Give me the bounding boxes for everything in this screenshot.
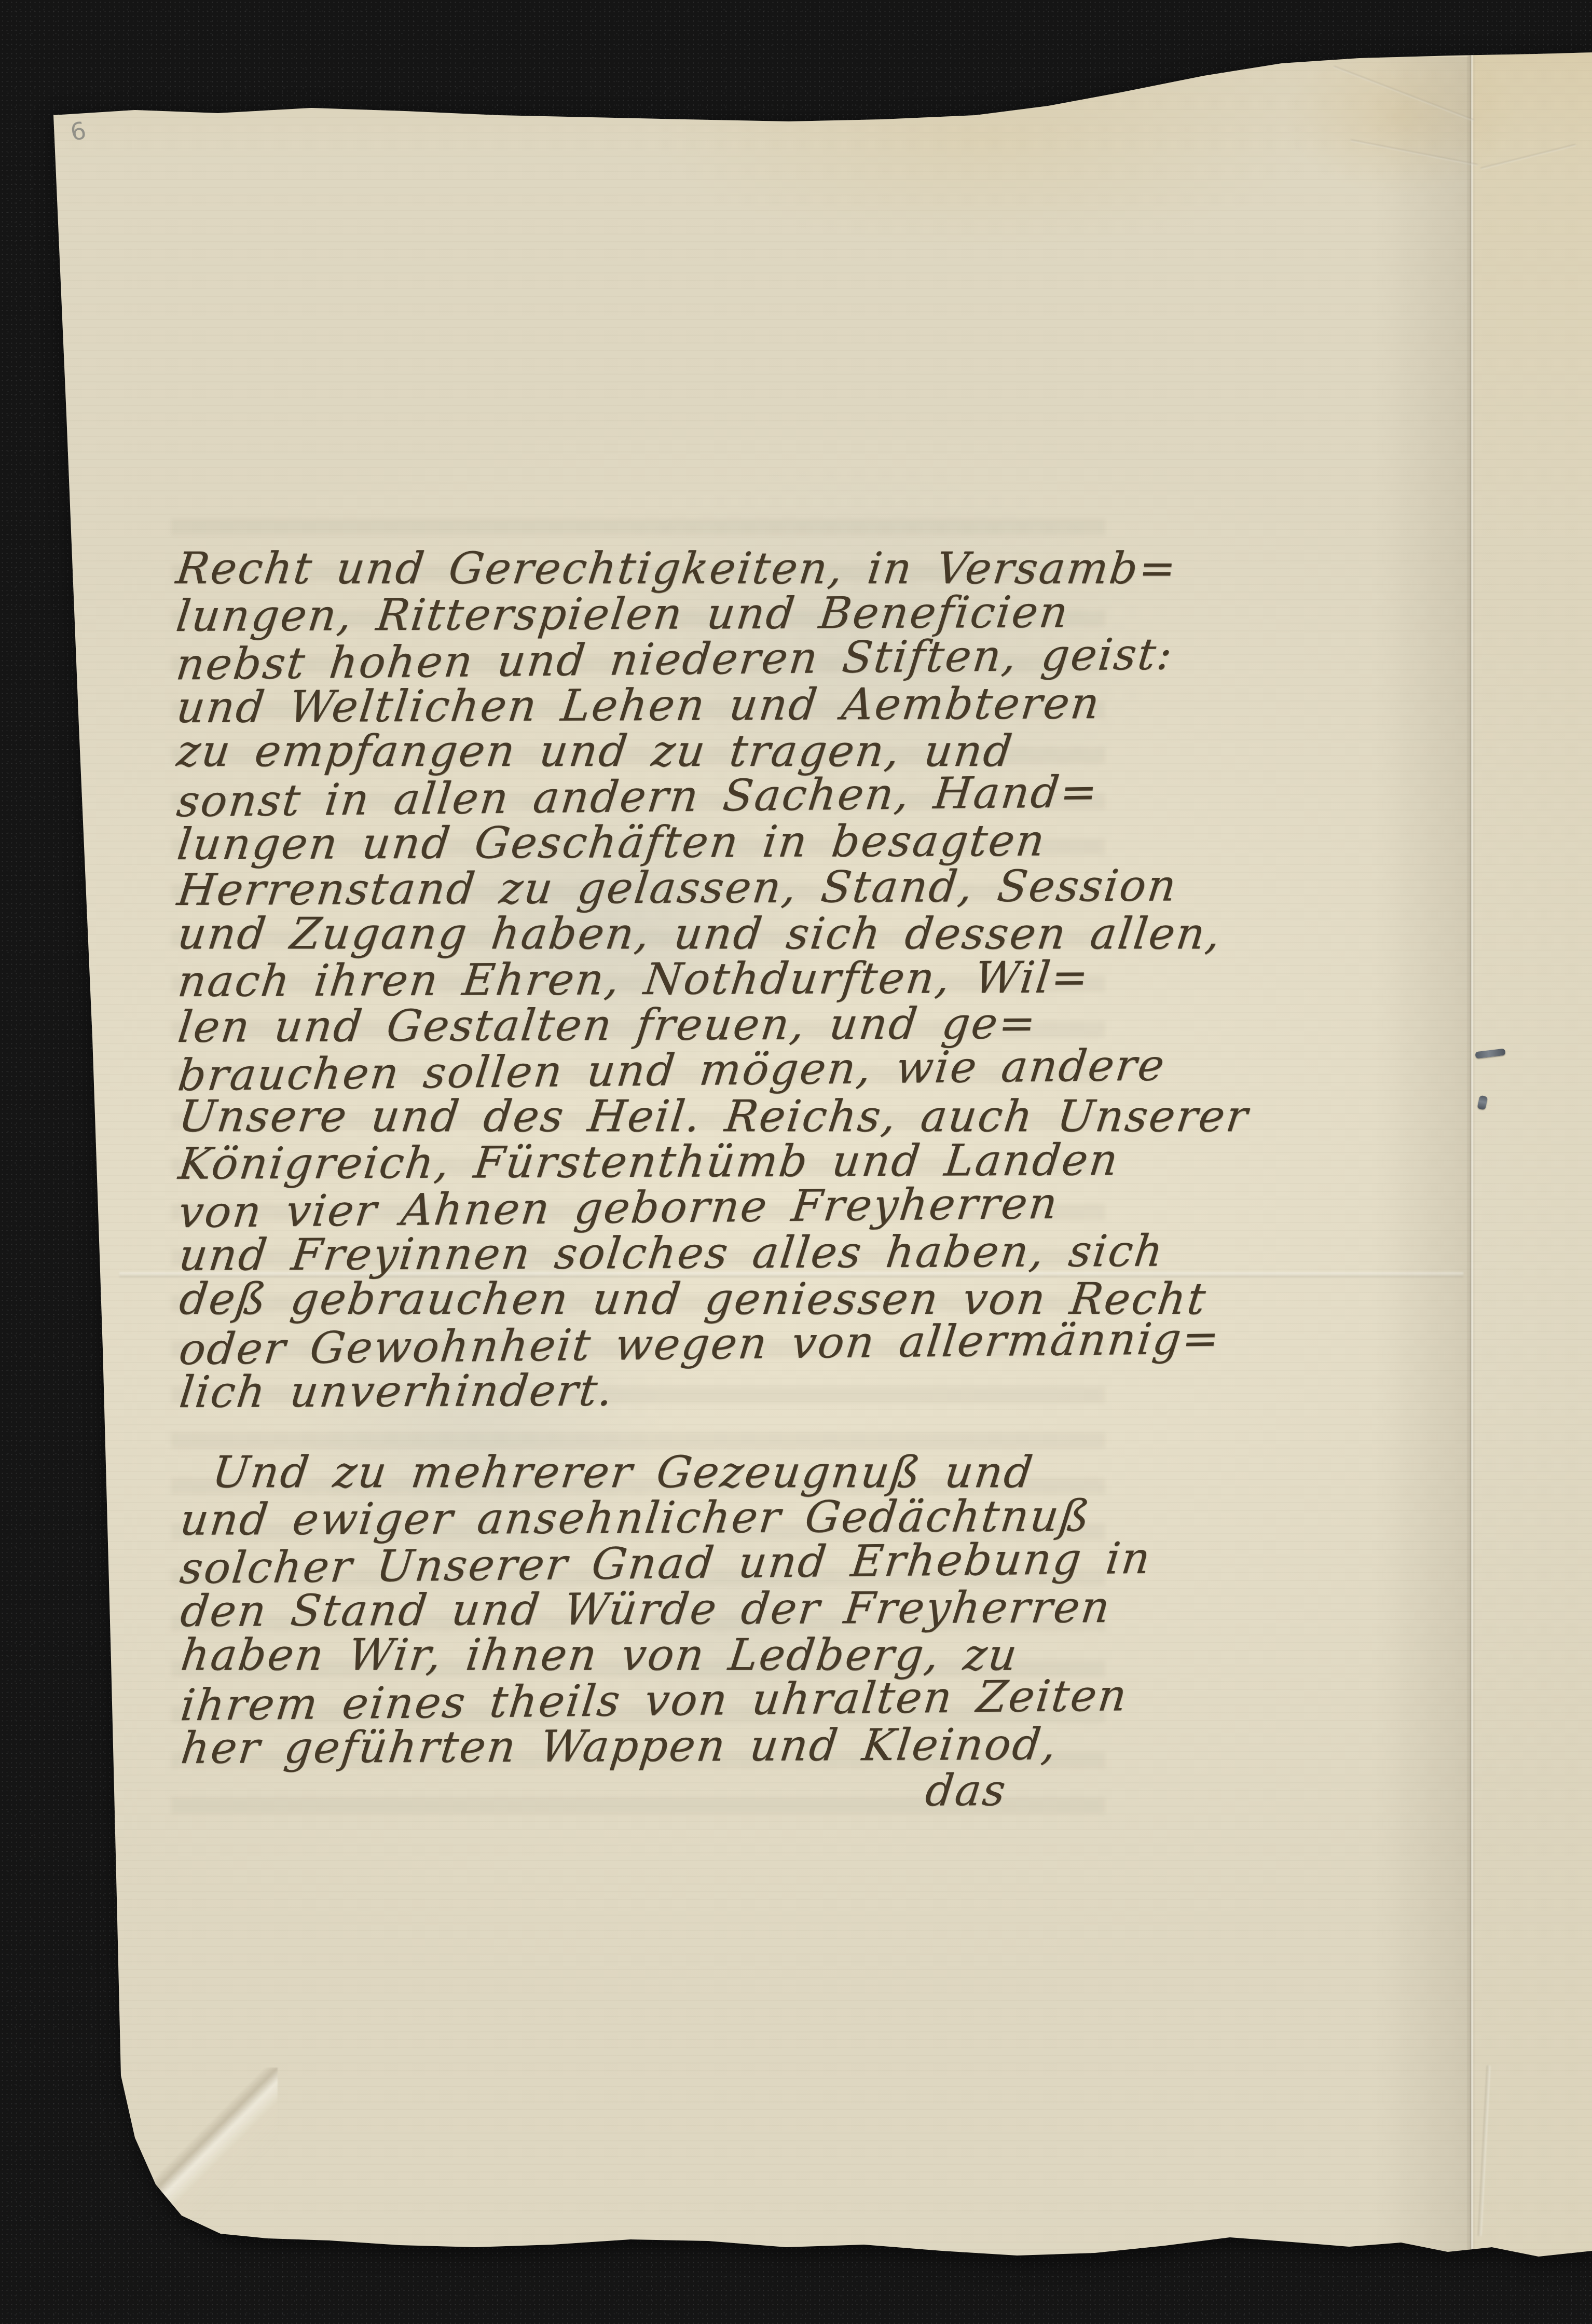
- stitching-thread: [1477, 1095, 1488, 1110]
- facing-leaf-panel: [1472, 49, 1592, 2259]
- manuscript-sheet-shadow: 6 Recht und Gerechtigkeiten, in Versamb=…: [0, 0, 1592, 2324]
- manuscript-line: nach ihren Ehren, Nothdurften, Wil=: [175, 954, 1098, 1004]
- manuscript-line: lungen und Geschäften in besagten: [175, 817, 1097, 867]
- manuscript-line: brauchen sollen und mögen, wie andere: [176, 1043, 1099, 1098]
- paper-wrinkle: [1477, 2065, 1490, 2236]
- manuscript-line: lich unverhindert.: [177, 1365, 1100, 1415]
- manuscript-line: Herrenstand zu gelassen, Stand, Session: [175, 863, 1097, 913]
- paragraph: Und zu mehrerer Gezeugnuß undund ewiger …: [180, 1447, 1099, 1771]
- manuscript-line: her geführten Wappen und Kleinod,: [179, 1721, 1102, 1771]
- manuscript-line: Recht und Gerechtigkeiten, in Versamb=: [174, 545, 1096, 591]
- manuscript-page: 6 Recht und Gerechtigkeiten, in Versamb=…: [0, 0, 1592, 2324]
- manuscript-line: und Weltlichen Lehen und Aembteren: [174, 680, 1097, 730]
- manuscript-line: haben Wir, ihnen von Ledberg, zu: [179, 1632, 1101, 1677]
- paragraph: Recht und Gerechtigkeiten, in Versamb=lu…: [176, 543, 1097, 1415]
- catchword: das: [923, 1767, 1009, 1813]
- manuscript-text-block: Recht und Gerechtigkeiten, in Versamb=lu…: [176, 543, 1100, 1817]
- manuscript-line: oder Gewohnheit wegen von allermännig=: [177, 1317, 1100, 1372]
- binding-fold-crease: [1466, 53, 1476, 2256]
- paper-wrinkle: [1333, 65, 1474, 121]
- folio-number: 6: [68, 116, 89, 147]
- photo-backdrop: 6 Recht und Gerechtigkeiten, in Versamb=…: [0, 0, 1592, 2324]
- manuscript-line: und Freyinnen solches alles haben, sich: [176, 1228, 1099, 1278]
- manuscript-line: und Zugang haben, und sich dessen allen,: [175, 911, 1098, 956]
- manuscript-line: deß gebrauchen und geniessen von Recht: [177, 1276, 1100, 1322]
- gutter-shading: [1375, 57, 1469, 2254]
- manuscript-line: Und zu mehrerer Gezeugnuß und: [178, 1449, 1101, 1495]
- paper-wrinkle: [1480, 144, 1576, 170]
- manuscript-line: zu empfangen und zu tragen, und: [174, 728, 1097, 774]
- stitching-thread: [1475, 1049, 1505, 1059]
- manuscript-line: den Stand und Würde der Freyherren: [178, 1584, 1101, 1634]
- manuscript-line: Unsere und des Heil. Reichs, auch Unsere…: [176, 1093, 1099, 1139]
- paper-wrinkle: [1350, 139, 1478, 166]
- corner-dog-ear-crease: [106, 2068, 278, 2239]
